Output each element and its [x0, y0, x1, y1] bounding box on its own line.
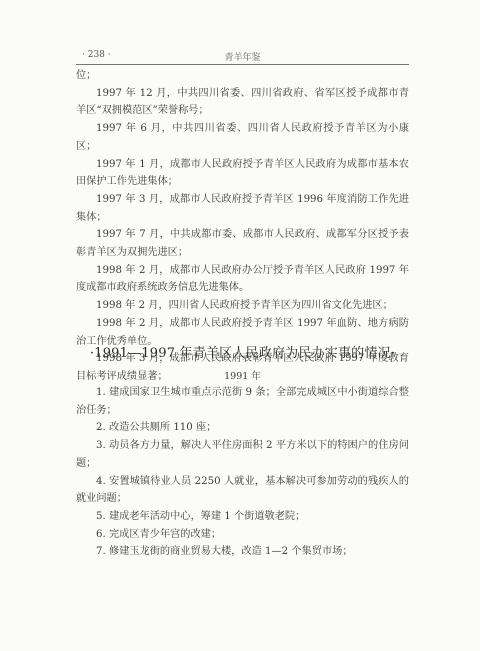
award-paragraph: 1998 年 2 月，成都市人民政府办公厅授予青羊区人民政府 1997 年度成都… — [76, 262, 409, 297]
award-paragraph: 1997 年 6 月，中共四川省委、四川省人民政府授予青羊区为小康区； — [76, 120, 409, 155]
list-item: 6. 完成区青少年宫的改建； — [76, 526, 409, 544]
award-paragraph: 位； — [76, 67, 409, 85]
award-paragraph: 1997 年 1 月，成都市人民政府授予青羊区人民政府为成都市基本农田保护工作先… — [76, 156, 409, 191]
section-title: ·1991—1997 年青羊区人民政府为民办实事的情况· — [76, 342, 409, 361]
year-heading: 1991 年 — [76, 368, 409, 382]
header-rule — [76, 64, 409, 65]
list-item: 4. 安置城镇待业人员 2250 人就业，基本解决可参加劳动的残疾人的就业问题； — [76, 473, 409, 508]
projects-list: 1. 建成国家卫生城市重点示范街 9 条；全部完成城区中小街道综合整治任务； 2… — [76, 384, 409, 561]
list-item: 1. 建成国家卫生城市重点示范街 9 条；全部完成城区中小街道综合整治任务； — [76, 384, 409, 419]
list-item: 7. 修建玉龙街的商业贸易大楼，改造 1—2 个集贸市场； — [76, 543, 409, 561]
award-paragraph: 1997 年 12 月，中共四川省委、四川省政府、省军区授予成都市青羊区“双拥模… — [76, 85, 409, 120]
list-item: 2. 改造公共厕所 110 座； — [76, 419, 409, 437]
running-header: · 238 · 青羊年鉴 — [76, 50, 409, 64]
list-item: 5. 建成老年活动中心，筹建 1 个街道敬老院； — [76, 508, 409, 526]
award-paragraph: 1998 年 2 月，四川省人民政府授予青羊区为四川省文化先进区； — [76, 297, 409, 315]
running-title: 青羊年鉴 — [76, 50, 409, 63]
award-paragraph: 1997 年 3 月，成都市人民政府授予青羊区 1996 年度消防工作先进集体； — [76, 191, 409, 226]
list-item: 3. 动员各方力量，解决人平住房面积 2 平方米以下的特困户的住房问题； — [76, 437, 409, 472]
awards-list: 位； 1997 年 12 月，中共四川省委、四川省政府、省军区授予成都市青羊区“… — [76, 67, 409, 386]
award-paragraph: 1997 年 7 月，中共成都市委、成都市人民政府、成都军分区授予表彰青羊区为双… — [76, 226, 409, 261]
